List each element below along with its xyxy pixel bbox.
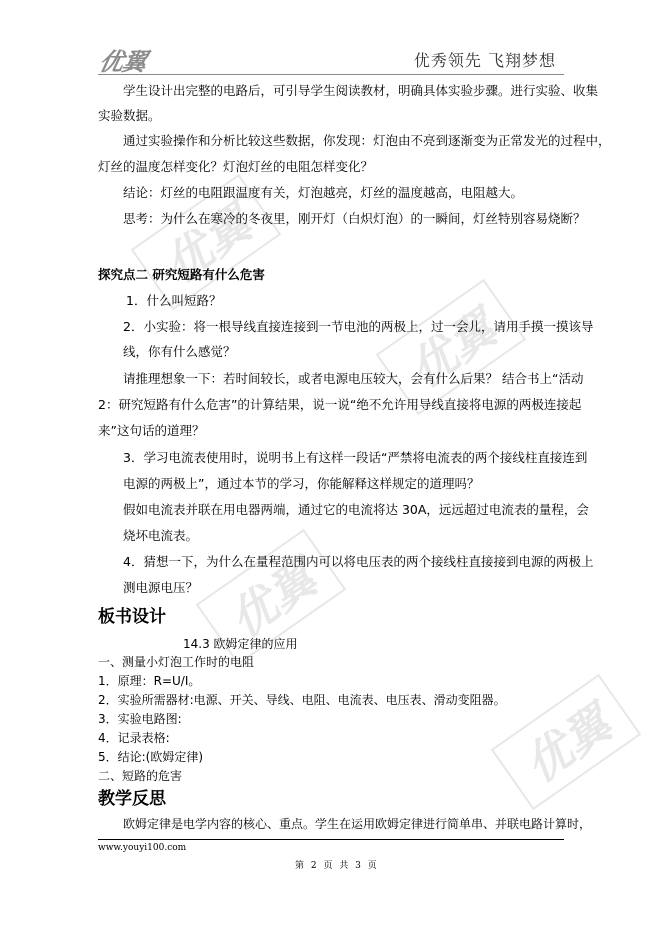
question-4: 4．猜想一下，为什么在量程范围内可以将电压表的两个接线柱直接接到电源的两极上: [123, 549, 593, 574]
reflection-text: 欧姆定律是电学内容的核心、重点。学生在运用欧姆定律进行简单串、并联电路计算时，: [123, 815, 591, 834]
board-item: 4．记录表格:: [98, 729, 170, 748]
board-subtitle: 14.3 欧姆定律的应用: [183, 635, 298, 654]
board-item: 一、测量小灯泡工作时的电阻: [98, 653, 254, 672]
question-3: 电源的两极上”，通过本节的学习，你能解释这样规定的道理吗？: [123, 471, 479, 496]
board-item: 5．结论:(欧姆定律): [98, 748, 203, 767]
paragraph: 灯丝的温度怎样变化？灯泡灯丝的电阻怎样变化？: [98, 154, 373, 179]
logo: 优翼: [96, 42, 149, 77]
footer-url: www.youyi100.com: [98, 843, 186, 853]
section-title: 探究点二 研究短路有什么危害: [98, 262, 265, 287]
board-design-title: 板书设计: [98, 605, 166, 630]
reflection-title: 教学反思: [98, 787, 166, 812]
question-1: 1．什么叫短路？: [126, 288, 221, 313]
question-2: 2．小实验：将一根导线直接连接到一节电池的两极上，过一会儿，请用手摸一摸该导: [123, 314, 593, 339]
reasoning: 来”这句话的道理？: [98, 418, 204, 443]
page-number: 第 2 页 共 3 页: [295, 858, 379, 871]
board-item: 1．原理：R=U/I。: [98, 672, 200, 691]
paragraph: 学生设计出完整的电路后，可引导学生阅读教材，明确具体实验步骤。进行实验、收集: [123, 78, 598, 103]
board-item: 二、短路的危害: [98, 767, 182, 786]
answer-3: 烧坏电流表。: [123, 523, 198, 548]
board-item: 3．实验电路图:: [98, 710, 182, 729]
reasoning: 请推理想象一下：若时间较长，或者电源电压较大，会有什么后果？ 结合书上“活动: [123, 366, 583, 391]
question-2: 线，你有什么感觉？: [123, 339, 236, 364]
footer-divider: [98, 839, 564, 840]
paragraph: 通过实验操作和分析比较这些数据，你发现：灯泡由不亮到逐渐变为正常发光的过程中，: [123, 128, 611, 153]
conclusion: 结论：灯丝的电阻跟温度有关，灯泡越亮，灯丝的温度越高，电阻越大。: [123, 180, 523, 205]
answer-3: 假如电流表并联在用电器两端，通过它的电流将达 30A，远远超过电流表的量程，会: [123, 497, 589, 522]
page-header: 优翼 优秀领先 飞翔梦想: [98, 38, 564, 75]
paragraph: 实验数据。: [98, 103, 161, 128]
board-item: 2．实验所需器材:电源、开关、导线、电阻、电流表、电压表、滑动变阻器。: [98, 691, 506, 710]
question-4: 测电源电压？: [123, 575, 198, 600]
think-question: 思考：为什么在寒冷的冬夜里，刚开灯（白炽灯泡）的一瞬间，灯丝特别容易烧断？: [123, 206, 586, 231]
header-slogan: 优秀领先 飞翔梦想: [414, 48, 556, 71]
reasoning: 2：研究短路有什么危害”的计算结果，说一说“绝不允许用导线直接将电源的两极连接起: [98, 392, 581, 417]
watermark: 优翼: [491, 674, 642, 810]
question-3: 3．学习电流表使用时，说明书上有这样一段话“严禁将电流表的两个接线柱直接连到: [123, 445, 587, 470]
